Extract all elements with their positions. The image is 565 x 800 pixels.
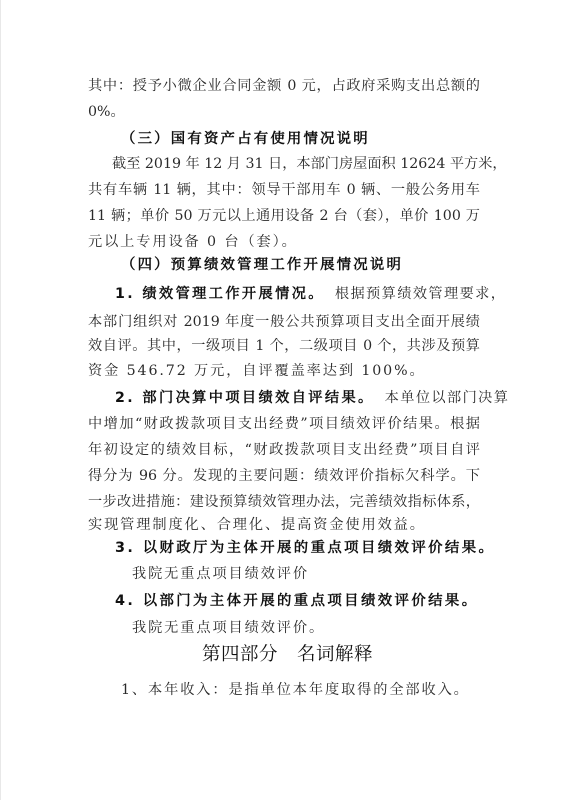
procurement-line-1: 其中：授予小微企业合同金额 0 元，占政府采购支出总额的	[88, 73, 480, 99]
section-4-heading: （四）预算绩效管理工作开展情况说明	[121, 252, 481, 278]
item-2-line-1: 中增加“财政拨款项目支出经费”项目绩效评价结果。根据	[88, 411, 480, 437]
item-1-line-3: 资金 546.72 万元，自评覆盖率达到 100%。	[88, 358, 480, 384]
item-2-line-2: 年初设定的绩效目标，“财政拨款项目支出经费”项目自评	[88, 437, 480, 463]
section-3-line-3: 11 辆；单价 50 万元以上通用设备 2 台（套），单价 100 万	[88, 203, 480, 229]
item-4-body: 我院无重点项目绩效评价。	[132, 615, 480, 641]
item-2-line-3: 得分为 96 分。发现的主要问题：绩效评价指标欠科学。下	[88, 463, 480, 489]
item-4-title: 4. 以部门为主体开展的重点项目绩效评价结果。	[115, 588, 481, 614]
document-page: 其中：授予小微企业合同金额 0 元，占政府采购支出总额的 0%。 （三）国有资产…	[0, 0, 565, 800]
part-4-title: 第四部分 名词解释	[1, 640, 565, 670]
item-2-lead: 本单位以部门决算	[385, 390, 510, 406]
item-2-first-line: 2. 部门决算中项目绩效自评结果。本单位以部门决算	[115, 385, 481, 411]
item-1-first-line: 1. 绩效管理工作开展情况。根据预算绩效管理要求，	[115, 281, 481, 307]
section-3-heading: （三）国有资产占有使用情况说明	[121, 126, 481, 152]
item-1-title: 1. 绩效管理工作开展情况。	[115, 286, 325, 302]
item-2-title: 2. 部门决算中项目绩效自评结果。	[115, 390, 375, 406]
item-1-lead: 根据预算绩效管理要求，	[335, 286, 506, 302]
part-4-item-1: 1、本年收入：是指单位本年度取得的全部收入。	[121, 677, 481, 703]
procurement-line-2: 0%。	[88, 99, 480, 125]
section-3-line-2: 共有车辆 11 辆，其中：领导干部用车 0 辆、一般公务用车	[88, 177, 480, 203]
item-3-title: 3. 以财政厅为主体开展的重点项目绩效评价结果。	[115, 535, 481, 561]
section-3-line-1: 截至 2019 年 12 月 31 日，本部门房屋面积 12624 平方米，	[112, 151, 480, 177]
item-1-line-2: 效自评。其中，一级项目 1 个，二级项目 0 个，共涉及预算	[88, 333, 480, 359]
item-1-line-1: 本部门组织对 2019 年度一般公共预算项目支出全面开展绩	[88, 309, 480, 335]
item-3-body: 我院无重点项目绩效评价	[132, 561, 480, 587]
